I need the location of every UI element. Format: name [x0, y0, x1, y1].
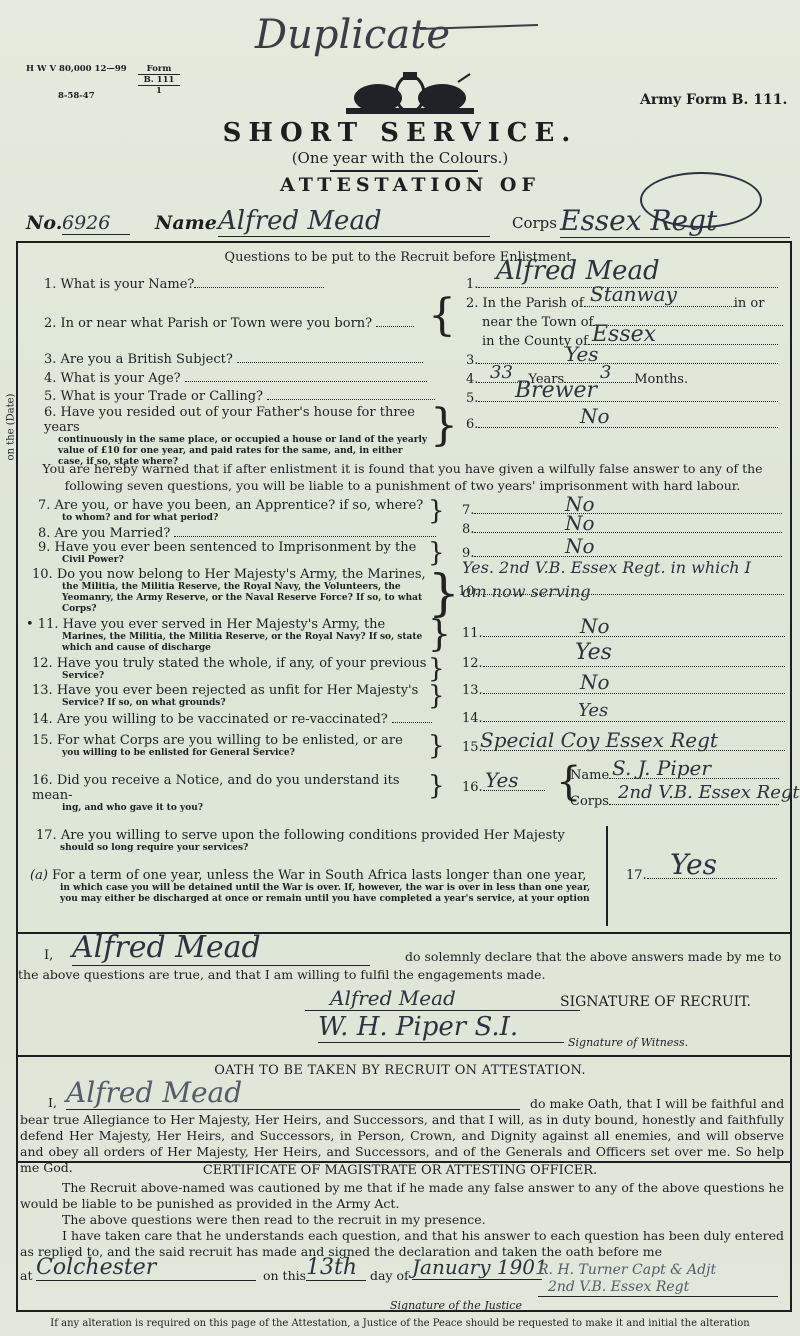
name-label: Name — [155, 212, 217, 234]
answer-7-prefix: 7. — [462, 503, 782, 518]
attestation-heading: ATTESTATION OF — [250, 174, 570, 196]
question-5: 5. What is your Trade or Calling? — [44, 389, 435, 404]
answer-5-field[interactable]: Brewer — [515, 378, 597, 403]
witness-signature-label: Signature of Witness. — [568, 1036, 688, 1049]
birth-county-field[interactable]: Essex — [592, 322, 656, 347]
form-fraction: Form B. 111 1 — [138, 64, 180, 96]
oath-name-field[interactable]: Alfred Mead — [66, 1076, 520, 1110]
day-field[interactable]: 13th — [306, 1255, 366, 1281]
answer-13-prefix: 13. — [462, 683, 785, 698]
form-fraction-bottom: 1 — [138, 86, 180, 96]
corps-circle — [640, 172, 762, 228]
question-8: 8. Are you Married? — [38, 526, 436, 541]
form-title: SHORT SERVICE. — [180, 118, 620, 148]
age-years-field[interactable]: 33 — [490, 362, 513, 383]
witness-signature-field[interactable]: W. H. Piper S.I. — [318, 1012, 564, 1043]
royal-coat-of-arms-icon — [340, 68, 480, 118]
name-field[interactable]: Alfred Mead — [218, 206, 490, 237]
warning-text: You are hereby warned that if after enli… — [30, 460, 775, 494]
certificate-heading: CERTIFICATE OF MAGISTRATE OR ATTESTING O… — [100, 1163, 700, 1178]
oath-prefix: I, — [48, 1095, 57, 1110]
form-fraction-mid: B. 111 — [138, 74, 180, 86]
answer-8-prefix: 8. — [462, 522, 782, 537]
birth-parish-field[interactable]: Stanway — [590, 282, 677, 306]
recruit-signature-label: SIGNATURE OF RECRUIT. — [560, 994, 751, 1010]
answer-5-prefix: 5. — [466, 391, 778, 406]
answer-12-prefix: 12. — [462, 656, 785, 671]
answer-9-field[interactable]: No — [565, 534, 595, 558]
at-label: at — [20, 1268, 32, 1283]
answer-16-field[interactable]: Yes — [485, 768, 519, 792]
question-3: 3. Are you a British Subject? — [44, 352, 423, 367]
margin-note: on the (Date) — [6, 391, 17, 461]
question-9: 9. Have you ever been sentenced to Impri… — [38, 540, 430, 565]
on-this-label: on this — [263, 1268, 306, 1283]
question-12: 12. Have you truly stated the whole, if … — [32, 656, 430, 681]
question-11: • 11. Have you ever served in Her Majest… — [26, 617, 430, 654]
place-field[interactable]: Colchester — [36, 1255, 256, 1281]
print-code-2: 8-58-47 — [58, 91, 95, 101]
declaration-prefix: I, — [44, 948, 53, 963]
question-17: 17. Are you willing to serve upon the fo… — [36, 828, 606, 853]
question-1: 1. What is your Name? — [44, 277, 324, 292]
question-17a: (a) For a term of one year, unless the W… — [30, 868, 606, 905]
recruit-signature-field[interactable]: Alfred Mead — [305, 986, 580, 1011]
footer-note: If any alteration is required on this pa… — [20, 1318, 780, 1329]
justice-signature-line1: R. H. Turner Capt & Adjt — [538, 1262, 778, 1279]
answer-6-prefix: 6. — [466, 417, 778, 432]
answer-12-field[interactable]: Yes — [575, 640, 612, 665]
question-4: 4. What is your Age? — [44, 371, 427, 386]
question-6: 6. Have you resided out of your Father's… — [44, 405, 429, 468]
number-field[interactable]: 6926 — [62, 212, 130, 235]
answer-15-field[interactable]: Special Coy Essex Regt — [480, 728, 718, 752]
answer-8-field[interactable]: No — [565, 511, 595, 535]
question-14: 14. Are you willing to be vaccinated or … — [32, 712, 432, 727]
declaration-text2: the above questions are true, and that I… — [18, 967, 545, 982]
declaration-text1: do solemnly declare that the above answe… — [405, 949, 781, 964]
number-label: No. — [26, 212, 62, 234]
certificate-para2: The above questions were then read to th… — [62, 1212, 486, 1227]
frame-right — [790, 241, 792, 1311]
attestation-form-page: Duplicate H W V 80,000 12—99 8-58-47 For… — [0, 0, 800, 1336]
print-code: H W V 80,000 12—99 — [26, 64, 127, 74]
answer-11-prefix: 11. — [462, 626, 785, 641]
answer-6-field[interactable]: No — [580, 404, 610, 428]
notice-name-field[interactable]: S. J. Piper — [612, 756, 711, 780]
answer-13-field[interactable]: No — [580, 670, 610, 694]
army-form-label: Army Form B. 111. — [640, 92, 787, 108]
corps-label: Corps — [512, 214, 557, 232]
month-year-field[interactable]: January 1901 — [412, 1255, 542, 1280]
answer-14-prefix: 14. — [462, 711, 785, 726]
frame-top — [16, 241, 792, 243]
question-13: 13. Have you ever been rejected as unfit… — [32, 683, 430, 708]
duplicate-note: Duplicate — [255, 12, 450, 58]
justice-signature-line2: 2nd V.B. Essex Regt — [538, 1279, 778, 1296]
answer-10-field[interactable]: Yes. 2nd V.B. Essex Regt. in which I am … — [462, 556, 772, 604]
answer-17-field[interactable]: Yes — [670, 848, 717, 881]
question-10: 10. Do you now belong to Her Majesty's A… — [32, 567, 430, 615]
age-months-field[interactable]: 3 — [600, 362, 611, 383]
answer-11-field[interactable]: No — [580, 614, 610, 638]
notice-corps-field[interactable]: 2nd V.B. Essex Regt — [618, 782, 800, 803]
question-15: 15. For what Corps are you willing to be… — [32, 733, 430, 758]
form-fraction-top: Form — [138, 64, 180, 74]
question-16: 16. Did you receive a Notice, and do you… — [32, 773, 430, 813]
day-of-label: day of — [370, 1268, 409, 1283]
declaration-name-field[interactable]: Alfred Mead — [72, 930, 370, 966]
form-subtitle: (One year with the Colours.) — [230, 149, 570, 167]
answer-14-field[interactable]: Yes — [578, 700, 608, 721]
justice-signature-field[interactable]: R. H. Turner Capt & Adjt 2nd V.B. Essex … — [538, 1262, 778, 1297]
answer-3-field[interactable]: Yes — [565, 342, 599, 366]
oath-text-first: do make Oath, that I will be faithful an… — [530, 1096, 784, 1111]
question-2: 2. In or near what Parish or Town were y… — [44, 316, 414, 331]
certificate-para1: The Recruit above-named was cautioned by… — [20, 1180, 784, 1212]
question-7: 7. Are you, or have you been, an Apprent… — [38, 498, 430, 523]
